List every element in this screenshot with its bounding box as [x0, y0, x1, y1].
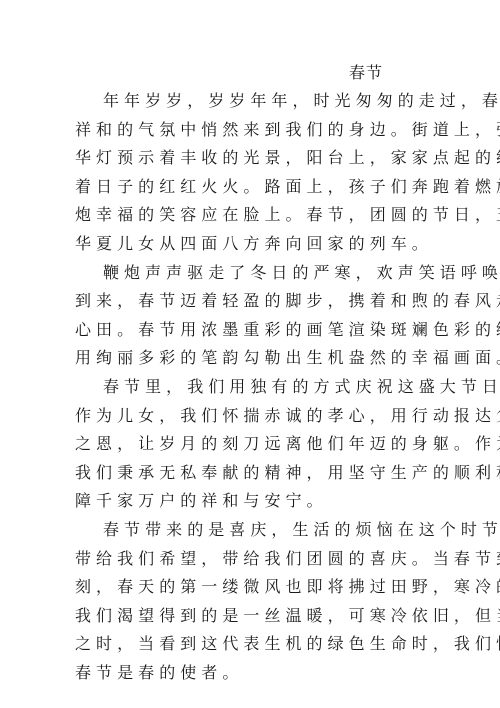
text-line: 炮幸福的笑容应在脸上。春节，团圆的节日，五湖四海的	[75, 201, 415, 230]
text-line: 华灯预示着丰收的光景，阳台上，家家点起的红灯笼彰显	[75, 144, 415, 173]
document-body: 年年岁岁，岁岁年年，时光匆匆的走过，春节在喜庆 祥和的气氛中悄然来到我们的身边。…	[75, 87, 415, 687]
text-line: 年年岁岁，岁岁年年，时光匆匆的走过，春节在喜庆	[75, 87, 415, 116]
document-title: 春节	[0, 62, 383, 84]
text-line: 到来，春节迈着轻盈的脚步，携着和煦的春风走进我们的	[75, 287, 415, 316]
text-line: 春节带来的是喜庆，生活的烦恼在这个时节悄然而逝，	[75, 516, 415, 545]
text-line: 作为儿女，我们怀揣赤诚的孝心，用行动报达父母的养育	[75, 402, 415, 431]
text-line: 之恩，让岁月的刻刀远离他们年迈的身躯。作为工作者，	[75, 430, 415, 459]
text-line: 鞭炮声声驱走了冬日的严寒，欢声笑语呼唤着春节的	[75, 259, 415, 288]
document-title-text: 春节	[178, 62, 383, 84]
text-line: 我们秉承无私奉献的精神，用坚守生产的顺利和安全，保	[75, 459, 415, 488]
text-line: 带给我们希望，带给我们团圆的喜庆。当春节到来的那一	[75, 545, 415, 574]
text-line: 我们渴望得到的是一丝温暖，可寒冷依旧，但当春节来临	[75, 602, 415, 631]
text-line: 着日子的红红火火。路面上，孩子们奔跑着燃放手中的鞭	[75, 173, 415, 202]
text-line: 障千家万户的祥和与安宁。	[75, 487, 415, 516]
text-line: 刻，春天的第一缕微风也即将拂过田野，寒冷的季节里，	[75, 573, 415, 602]
text-line: 用绚丽多彩的笔韵勾勒出生机盎然的幸福画面。	[75, 344, 415, 373]
text-line: 春节是春的使者。	[75, 659, 415, 688]
document-page: 春节 年年岁岁，岁岁年年，时光匆匆的走过，春节在喜庆 祥和的气氛中悄然来到我们的…	[0, 0, 500, 708]
text-line: 之时，当看到这代表生机的绿色生命时，我们惊奇地发现，	[75, 630, 415, 659]
text-line: 心田。春节用浓墨重彩的画笔渲染斑斓色彩的缤纷世界，	[75, 316, 415, 345]
text-line: 春节里，我们用独有的方式庆祝这盛大节日的到来，	[75, 373, 415, 402]
text-line: 祥和的气氛中悄然来到我们的身边。街道上，张灯结彩的	[75, 116, 415, 145]
text-line: 华夏儿女从四面八方奔向回家的列车。	[75, 230, 415, 259]
